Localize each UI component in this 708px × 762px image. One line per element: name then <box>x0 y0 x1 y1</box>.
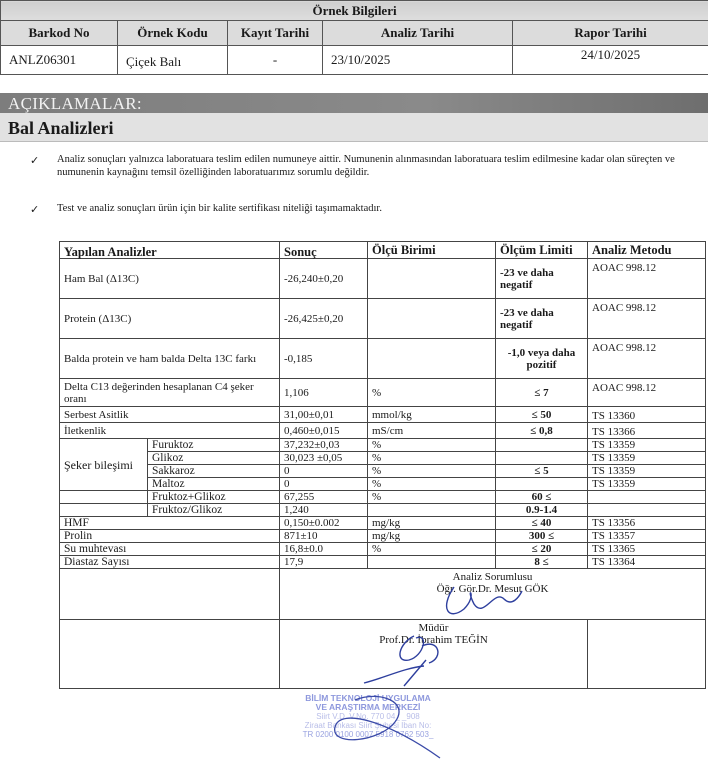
analysis-result: 1,240 <box>280 504 368 517</box>
col-header-limit: Ölçüm Limiti <box>496 242 588 259</box>
analysis-name: Diastaz Sayısı <box>60 556 280 569</box>
analysis-name: Su muhtevası <box>60 543 280 556</box>
analysis-method: TS 13360 <box>588 407 706 423</box>
analysis-limit: 0.9-1.4 <box>496 504 588 517</box>
analysis-result: -26,240±0,20 <box>280 259 368 299</box>
analysis-unit: mg/kg <box>368 517 496 530</box>
analysis-result: 0,460±0,015 <box>280 423 368 439</box>
analysis-unit: % <box>368 543 496 556</box>
sugar-name: Sakkaroz <box>148 465 280 478</box>
stamp-signature-scribble-icon <box>300 692 460 762</box>
analysis-unit: % <box>368 379 496 407</box>
analysis-limit: ≤ 40 <box>496 517 588 530</box>
analysis-unit <box>368 556 496 569</box>
col-header-method: Analiz Metodu <box>588 242 706 259</box>
analysis-method: TS 13359 <box>588 452 706 465</box>
analysis-name: Serbest Asitlik <box>60 407 280 423</box>
analysis-method <box>588 504 706 517</box>
table-row: Maltoz 0 % TS 13359 <box>60 478 706 491</box>
analysis-limit <box>496 478 588 491</box>
analysis-unit <box>368 504 496 517</box>
table-row: Diastaz Sayısı 17,9 8 ≤ TS 13364 <box>60 556 706 569</box>
analysis-result: 0 <box>280 465 368 478</box>
table-row: Şeker bileşimi Furuktoz 37,232±0,03 % TS… <box>60 439 706 452</box>
responsible-name: Öğr. Gör.Dr. Mesut GÖK <box>284 583 701 595</box>
analysis-name: HMF <box>60 517 280 530</box>
table-row: Ham Bal (Δ13C) -26,240±0,20 -23 ve daha … <box>60 259 706 299</box>
analysis-limit: 8 ≤ <box>496 556 588 569</box>
analysis-result: 30,023 ±0,05 <box>280 452 368 465</box>
analysis-method: AOAC 998.12 <box>588 299 706 339</box>
responsible-title: Analiz Sorumlusu <box>284 571 701 583</box>
table-row: Fruktoz+Glikoz 67,255 % 60 ≤ <box>60 491 706 504</box>
analysis-method: TS 13366 <box>588 423 706 439</box>
analysis-limit <box>496 452 588 465</box>
header-sample-code: Örnek Kodu <box>118 21 228 46</box>
signature-row-responsible: Analiz Sorumlusu Öğr. Gör.Dr. Mesut GÖK <box>60 569 706 620</box>
analysis-unit: % <box>368 491 496 504</box>
sample-info-table: Örnek Bilgileri Barkod No Örnek Kodu Kay… <box>0 0 708 75</box>
analysis-result: 0,150±0.002 <box>280 517 368 530</box>
sample-code-value: Çiçek Balı <box>118 46 228 75</box>
analysis-result: 17,9 <box>280 556 368 569</box>
section-heading: Bal Analizleri <box>0 113 708 142</box>
sugar-name: Furuktoz <box>148 439 280 452</box>
sugar-name: Fruktoz+Glikoz <box>148 491 280 504</box>
analysis-name: İletkenlik <box>60 423 280 439</box>
analysis-limit: ≤ 5 <box>496 465 588 478</box>
table-row: Serbest Asitlik 31,00±0,01 mmol/kg ≤ 50 … <box>60 407 706 423</box>
table-row: İletkenlik 0,460±0,015 mS/cm ≤ 0,8 TS 13… <box>60 423 706 439</box>
table-row: Protein (Δ13C) -26,425±0,20 -23 ve daha … <box>60 299 706 339</box>
col-header-result: Sonuç <box>280 242 368 259</box>
analysis-method: AOAC 998.12 <box>588 379 706 407</box>
analysis-unit <box>368 339 496 379</box>
analysis-name: Ham Bal (Δ13C) <box>60 259 280 299</box>
empty-cell <box>588 620 706 689</box>
analysis-limit: -23 ve daha negatif <box>496 299 588 339</box>
sample-info-title: Örnek Bilgileri <box>1 1 708 21</box>
analysis-limit <box>496 439 588 452</box>
analysis-result: -0,185 <box>280 339 368 379</box>
empty-cell <box>60 569 280 620</box>
registration-date-value: - <box>228 46 323 75</box>
analysis-unit: % <box>368 452 496 465</box>
analysis-result: -26,425±0,20 <box>280 299 368 339</box>
note-text: Analiz sonuçları yalnızca laboratuara te… <box>57 153 707 179</box>
check-icon: ✓ <box>30 155 39 168</box>
analysis-limit: 60 ≤ <box>496 491 588 504</box>
analysis-method: TS 13357 <box>588 530 706 543</box>
analysis-method: AOAC 998.12 <box>588 259 706 299</box>
analysis-unit: % <box>368 465 496 478</box>
barcode-value: ANLZ06301 <box>1 46 118 75</box>
note-text: Test ve analiz sonuçları ürün için bir k… <box>57 202 707 215</box>
sugar-name: Glikoz <box>148 452 280 465</box>
analysis-unit: % <box>368 478 496 491</box>
sugar-name: Fruktoz/Glikoz <box>148 504 280 517</box>
analysis-section: Yapılan Analizler Sonuç Ölçü Birimi Ölçü… <box>59 241 705 689</box>
empty-cell <box>60 504 148 517</box>
analysis-unit: % <box>368 439 496 452</box>
analysis-result: 1,106 <box>280 379 368 407</box>
responsible-signature-block: Analiz Sorumlusu Öğr. Gör.Dr. Mesut GÖK <box>280 569 706 620</box>
check-icon: ✓ <box>30 204 39 217</box>
analysis-result: 871±10 <box>280 530 368 543</box>
table-row: Sakkaroz 0 % ≤ 5 TS 13359 <box>60 465 706 478</box>
director-signature-block: Müdür Prof.Dr. İbrahim TEĞİN <box>280 620 588 689</box>
analysis-limit: ≤ 50 <box>496 407 588 423</box>
analysis-result: 37,232±0,03 <box>280 439 368 452</box>
analysis-result: 67,255 <box>280 491 368 504</box>
analysis-limit: ≤ 0,8 <box>496 423 588 439</box>
analysis-name: Prolin <box>60 530 280 543</box>
col-header-unit: Ölçü Birimi <box>368 242 496 259</box>
analysis-table: Yapılan Analizler Sonuç Ölçü Birimi Ölçü… <box>59 241 706 689</box>
analysis-limit: ≤ 20 <box>496 543 588 556</box>
analysis-method: TS 13364 <box>588 556 706 569</box>
analysis-method: TS 13359 <box>588 465 706 478</box>
director-name: Prof.Dr. İbrahim TEĞİN <box>284 634 583 646</box>
analysis-limit: ≤ 7 <box>496 379 588 407</box>
analysis-limit: 300 ≤ <box>496 530 588 543</box>
table-row: Delta C13 değerinden hesaplanan C4 şeker… <box>60 379 706 407</box>
table-row: Glikoz 30,023 ±0,05 % TS 13359 <box>60 452 706 465</box>
empty-cell <box>60 620 280 689</box>
director-title: Müdür <box>284 622 583 634</box>
analysis-name: Balda protein ve ham balda Delta 13C far… <box>60 339 280 379</box>
analysis-unit <box>368 259 496 299</box>
analysis-result: 0 <box>280 478 368 491</box>
analysis-unit: mg/kg <box>368 530 496 543</box>
analysis-method: TS 13359 <box>588 478 706 491</box>
analysis-result: 16,8±0.0 <box>280 543 368 556</box>
sample-info-section: Örnek Bilgileri Barkod No Örnek Kodu Kay… <box>0 0 708 75</box>
table-row: Su muhtevası 16,8±0.0 % ≤ 20 TS 13365 <box>60 543 706 556</box>
table-row: Balda protein ve ham balda Delta 13C far… <box>60 339 706 379</box>
header-registration-date: Kayıt Tarihi <box>228 21 323 46</box>
analysis-result: 31,00±0,01 <box>280 407 368 423</box>
analysis-date-value: 23/10/2025 <box>323 46 513 75</box>
table-row: HMF 0,150±0.002 mg/kg ≤ 40 TS 13356 <box>60 517 706 530</box>
sugar-name: Maltoz <box>148 478 280 491</box>
analysis-unit: mS/cm <box>368 423 496 439</box>
analysis-unit: mmol/kg <box>368 407 496 423</box>
analysis-limit: -1,0 veya daha pozitif <box>496 339 588 379</box>
analysis-method: TS 13356 <box>588 517 706 530</box>
analysis-name: Delta C13 değerinden hesaplanan C4 şeker… <box>60 379 280 407</box>
analysis-method <box>588 491 706 504</box>
analysis-method: TS 13365 <box>588 543 706 556</box>
analysis-name: Protein (Δ13C) <box>60 299 280 339</box>
report-date-value: 24/10/2025 <box>513 46 708 75</box>
analysis-limit: -23 ve daha negatif <box>496 259 588 299</box>
signature-row-director: Müdür Prof.Dr. İbrahim TEĞİN <box>60 620 706 689</box>
analysis-unit <box>368 299 496 339</box>
header-analysis-date: Analiz Tarihi <box>323 21 513 46</box>
col-header-analyses: Yapılan Analizler <box>60 242 280 259</box>
header-report-date: Rapor Tarihi <box>513 21 708 46</box>
sugar-group-label: Şeker bileşimi <box>60 439 148 491</box>
header-barcode: Barkod No <box>1 21 118 46</box>
table-row: Prolin 871±10 mg/kg 300 ≤ TS 13357 <box>60 530 706 543</box>
table-row: Fruktoz/Glikoz 1,240 0.9-1.4 <box>60 504 706 517</box>
empty-cell <box>60 491 148 504</box>
analysis-method: TS 13359 <box>588 439 706 452</box>
analysis-method: AOAC 998.12 <box>588 339 706 379</box>
explanations-banner: AÇIKLAMALAR: <box>0 93 708 113</box>
